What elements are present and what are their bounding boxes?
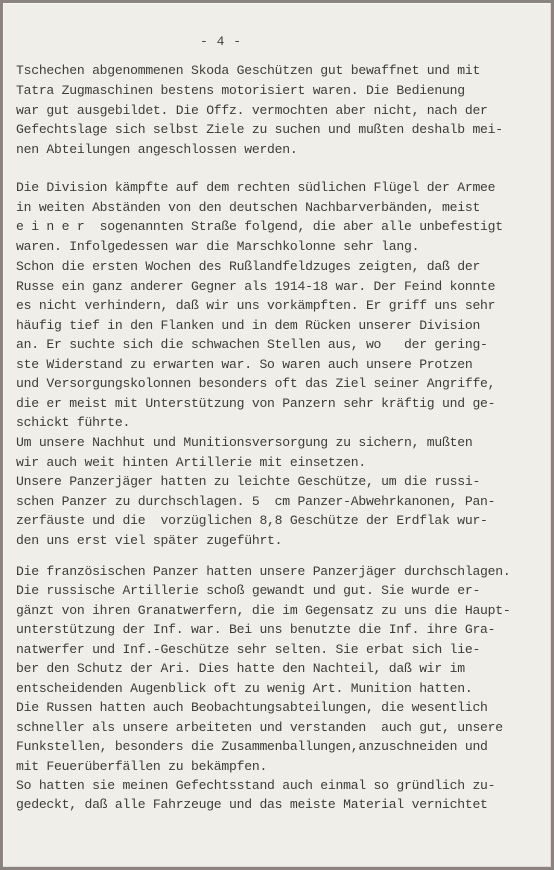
document-page: - 4 - Tschechen abgenommenen Skoda Gesch… [3,3,551,867]
text-line: Tschechen abgenommenen Skoda Geschützen … [16,63,480,79]
text-line: es nicht verhindern, daß wir uns vorkämp… [16,298,495,314]
text-line: Um unsere Nachhut und Munitionsversorgun… [16,435,472,451]
text-line: wir auch weit hinten Artillerie mit eins… [16,455,366,471]
text-line: e i n e r sogenannten Straße folgend, di… [16,219,503,235]
text-line: Die französischen Panzer hatten unsere P… [16,564,511,580]
text-line: schickt führte. [16,415,130,431]
text-line: Unsere Panzerjäger hatten zu leichte Ges… [16,474,480,490]
text-line: gedeckt, daß alle Fahrzeuge und das meis… [16,797,488,813]
text-line: Funkstellen, besonders die Zusammenballu… [16,739,488,755]
text-line: Die Division kämpfte auf dem rechten süd… [16,180,495,196]
text-line: Schon die ersten Wochen des Rußlandfeldz… [16,259,480,275]
text-line: So hatten sie meinen Gefechtsstand auch … [16,778,495,794]
text-line: war gut ausgebildet. Die Offz. vermochte… [16,103,488,119]
text-line: Gefechtslage sich selbst Ziele zu suchen… [16,122,503,138]
text-line: schen Panzer zu durchschlagen. 5 cm Panz… [16,494,495,510]
text-line: zerfäuste und die vorzüglichen 8,8 Gesch… [16,513,488,529]
text-line: an. Er suchte sich die schwachen Stellen… [16,337,488,353]
text-line: ber den Schutz der Ari. Dies hatte den N… [16,661,465,677]
text-line: häufig tief in den Flanken und in dem Rü… [16,318,480,334]
page-number: - 4 - [200,34,242,49]
text-line: waren. Infolgedessen war die Marschkolon… [16,239,419,255]
text-line: die er meist mit Unterstützung von Panze… [16,396,495,412]
text-line: in weiten Abständen von den deutschen Na… [16,200,480,216]
text-line: nen Abteilungen angeschlossen werden. [16,142,297,158]
text-line: mit Feuerüberfällen zu bekämpfen. [16,759,267,775]
text-line: gänzt von ihren Granatwerfern, die im Ge… [16,603,511,619]
text-line: natwerfer und Inf.-Geschütze sehr selten… [16,642,480,658]
text-line: ste Widerstand zu erwarten war. So waren… [16,357,472,373]
text-line: Russe ein ganz anderer Gegner als 1914-1… [16,279,495,295]
text-line: schneller als unsere arbeiteten und vers… [16,720,503,736]
text-line: unterstützung der Inf. war. Bei uns benu… [16,622,495,638]
text-line: Tatra Zugmaschinen bestens motorisiert w… [16,83,465,99]
text-line: Die russische Artillerie schoß gewandt u… [16,583,480,599]
text-line: den uns erst viel später zugeführt. [16,533,282,549]
text-line: Die Russen hatten auch Beobachtungsabtei… [16,700,488,716]
text-line: entscheidenden Augenblick oft zu wenig A… [16,681,472,697]
text-line: und Versorgungskolonnen besonders oft da… [16,376,495,392]
